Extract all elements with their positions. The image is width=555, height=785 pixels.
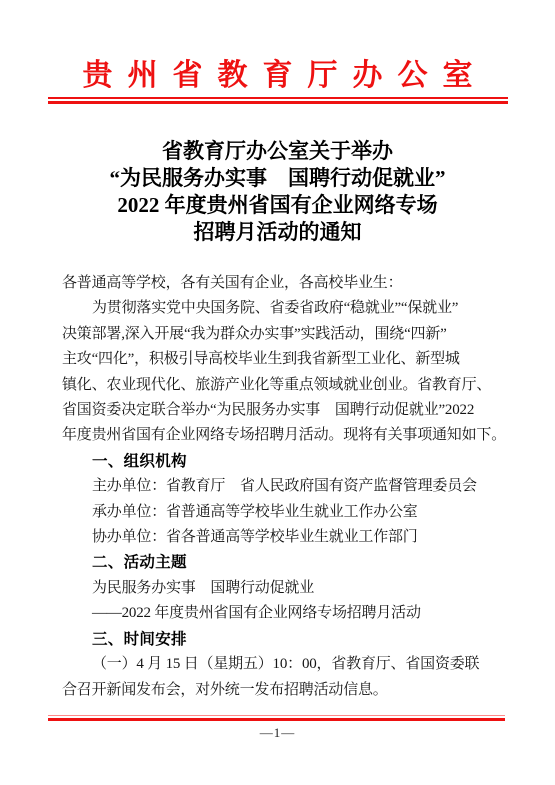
body-line: 协办单位：省各普通高等学校毕业生就业工作部门 bbox=[62, 525, 498, 550]
document-title-line: 招聘月活动的通知 bbox=[0, 219, 555, 246]
document-title-line: 省教育厅办公室关于举办 bbox=[0, 138, 555, 165]
body-line: 合召开新闻发布会，对外统一发布招聘活动信息。 bbox=[62, 678, 498, 703]
body-line: 为民服务办实事 国聘行动促就业 bbox=[62, 576, 498, 601]
footer-double-rule bbox=[48, 715, 505, 721]
body-line: 年度贵州省国有企业网络专场招聘月活动。现将有关事项通知如下。 bbox=[62, 423, 498, 448]
body-lines: 各普通高等学校，各有关国有企业，各高校毕业生：为贯彻落实党中央国务院、省委省政府… bbox=[62, 271, 498, 703]
body-line: 各普通高等学校，各有关国有企业，各高校毕业生： bbox=[62, 271, 498, 296]
document-title: 省教育厅办公室关于举办 “为民服务办实事 国聘行动促就业” 2022 年度贵州省… bbox=[0, 138, 555, 246]
body-line: ——2022 年度贵州省国有企业网络专场招聘月活动 bbox=[62, 601, 498, 626]
body-line: 承办单位：省普通高等学校毕业生就业工作办公室 bbox=[62, 500, 498, 525]
section-heading: 二、活动主题 bbox=[62, 550, 498, 575]
body-line: 镇化、农业现代化、旅游产业化等重点领域就业创业。省教育厅、 bbox=[62, 373, 498, 398]
section-heading: 三、时间安排 bbox=[62, 627, 498, 652]
document-page: 贵州省教育厅办公室 省教育厅办公室关于举办 “为民服务办实事 国聘行动促就业” … bbox=[0, 0, 555, 785]
body-line: 主攻“四化”，积极引导高校毕业生到我省新型工业化、新型城 bbox=[62, 347, 498, 372]
body-line: 主办单位：省教育厅 省人民政府国有资产监督管理委员会 bbox=[62, 474, 498, 499]
letterhead-org-name: 贵州省教育厅办公室 bbox=[0, 61, 555, 91]
section-heading: 一、组织机构 bbox=[62, 449, 498, 474]
letterhead-double-rule bbox=[48, 97, 508, 104]
document-title-line: 2022 年度贵州省国有企业网络专场 bbox=[0, 192, 555, 219]
body-line: 决策部署,深入开展“我为群众办实事”实践活动，围绕“四新” bbox=[62, 322, 498, 347]
body-line: 为贯彻落实党中央国务院、省委省政府“稳就业”“保就业” bbox=[62, 296, 498, 321]
body-line: （一）4 月 15 日（星期五）10：00，省教育厅、省国资委联 bbox=[62, 652, 498, 677]
body-line: 省国资委决定联合举办“为民服务办实事 国聘行动促就业”2022 bbox=[62, 398, 498, 423]
page-number: —1— bbox=[0, 725, 555, 741]
document-title-line: “为民服务办实事 国聘行动促就业” bbox=[0, 165, 555, 192]
